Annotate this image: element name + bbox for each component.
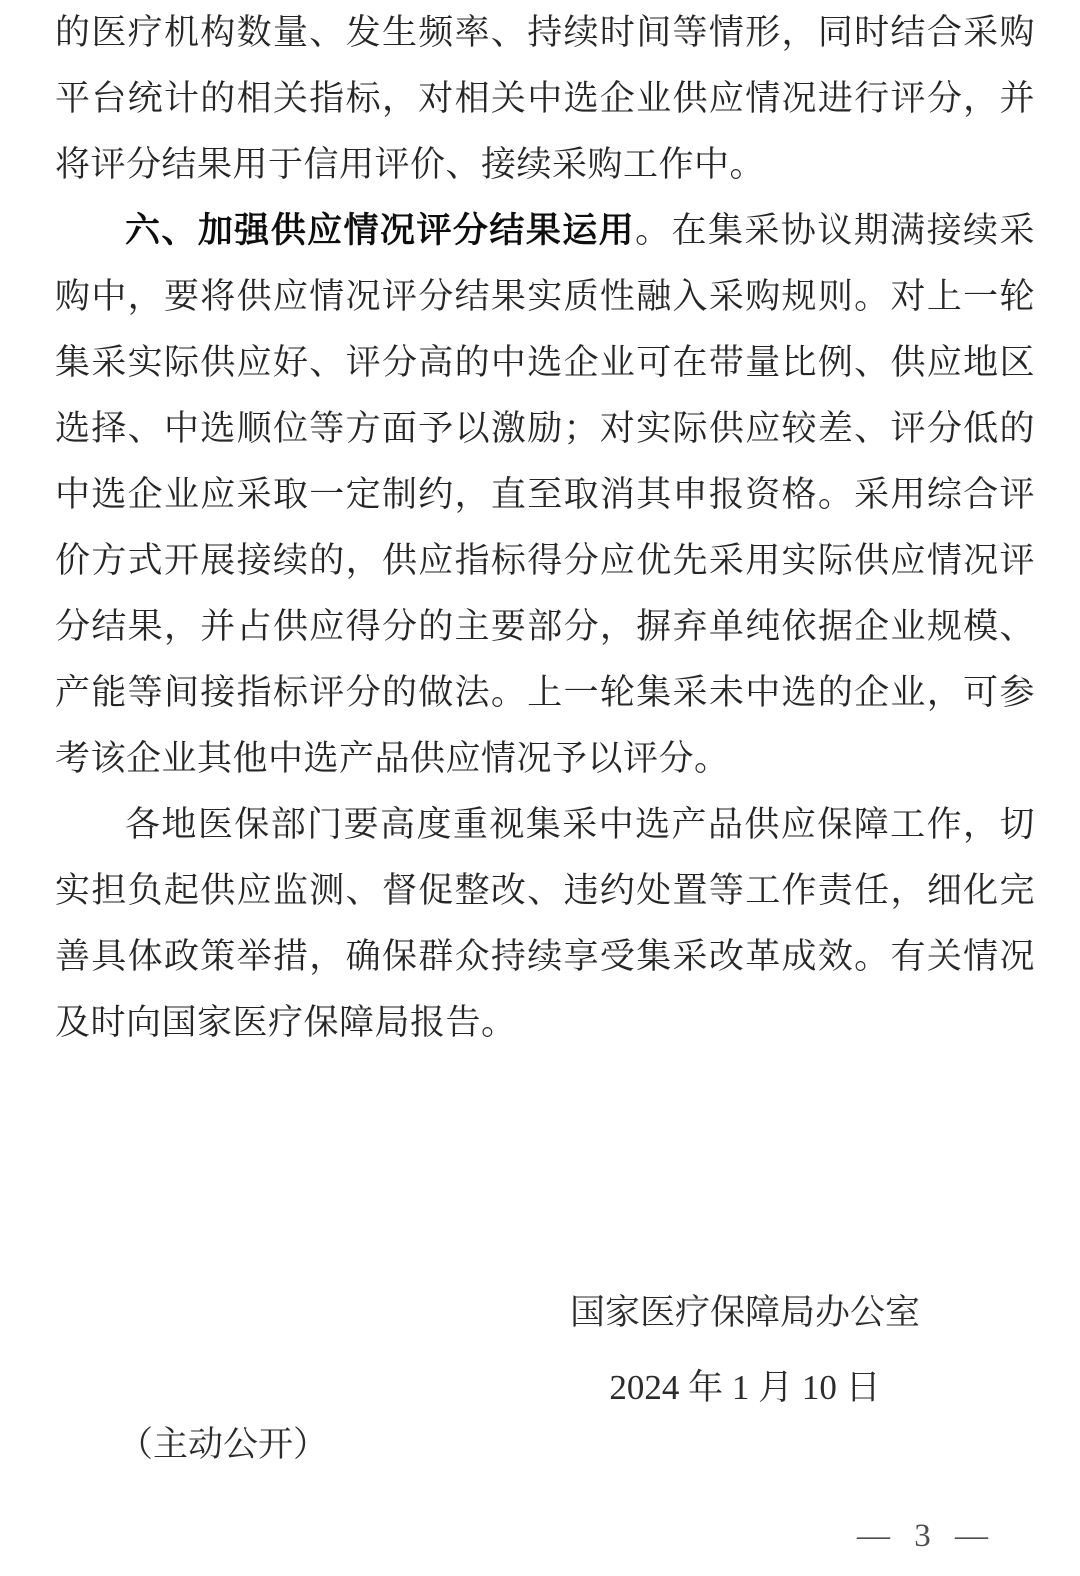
signature-date: 2024 年 1 月 10 日 bbox=[540, 1350, 950, 1425]
document-body: 的医疗机构数量、发生频率、持续时间等情形，同时结合采购平台统计的相关指标，对相关… bbox=[55, 0, 1035, 1056]
paragraph-continuation: 的医疗机构数量、发生频率、持续时间等情形，同时结合采购平台统计的相关指标，对相关… bbox=[55, 0, 1035, 198]
paragraph-section-six: 六、加强供应情况评分结果运用。在集采协议期满接续采购中，要将供应情况评分结果实质… bbox=[55, 198, 1035, 792]
document-page: 的医疗机构数量、发生频率、持续时间等情形，同时结合采购平台统计的相关指标，对相关… bbox=[0, 0, 1080, 1576]
section-heading: 六、加强供应情况评分结果运用 bbox=[125, 211, 635, 250]
paragraph-text: 各地医保部门要高度重视集采中选产品供应保障工作，切实担负起供应监测、督促整改、违… bbox=[55, 805, 1035, 1042]
signature-block: 国家医疗保障局办公室 2024 年 1 月 10 日 bbox=[540, 1275, 950, 1425]
paragraph-text: 。在集采协议期满接续采购中，要将供应情况评分结果实质性融入采购规则。对上一轮集采… bbox=[55, 211, 1035, 778]
signature-org: 国家医疗保障局办公室 bbox=[540, 1275, 950, 1350]
page-number: — 3 — bbox=[857, 1518, 996, 1555]
disclosure-note: （主动公开） bbox=[118, 1412, 328, 1478]
paragraph-text: 的医疗机构数量、发生频率、持续时间等情形，同时结合采购平台统计的相关指标，对相关… bbox=[55, 13, 1035, 184]
paragraph-closing: 各地医保部门要高度重视集采中选产品供应保障工作，切实担负起供应监测、督促整改、违… bbox=[55, 792, 1035, 1056]
